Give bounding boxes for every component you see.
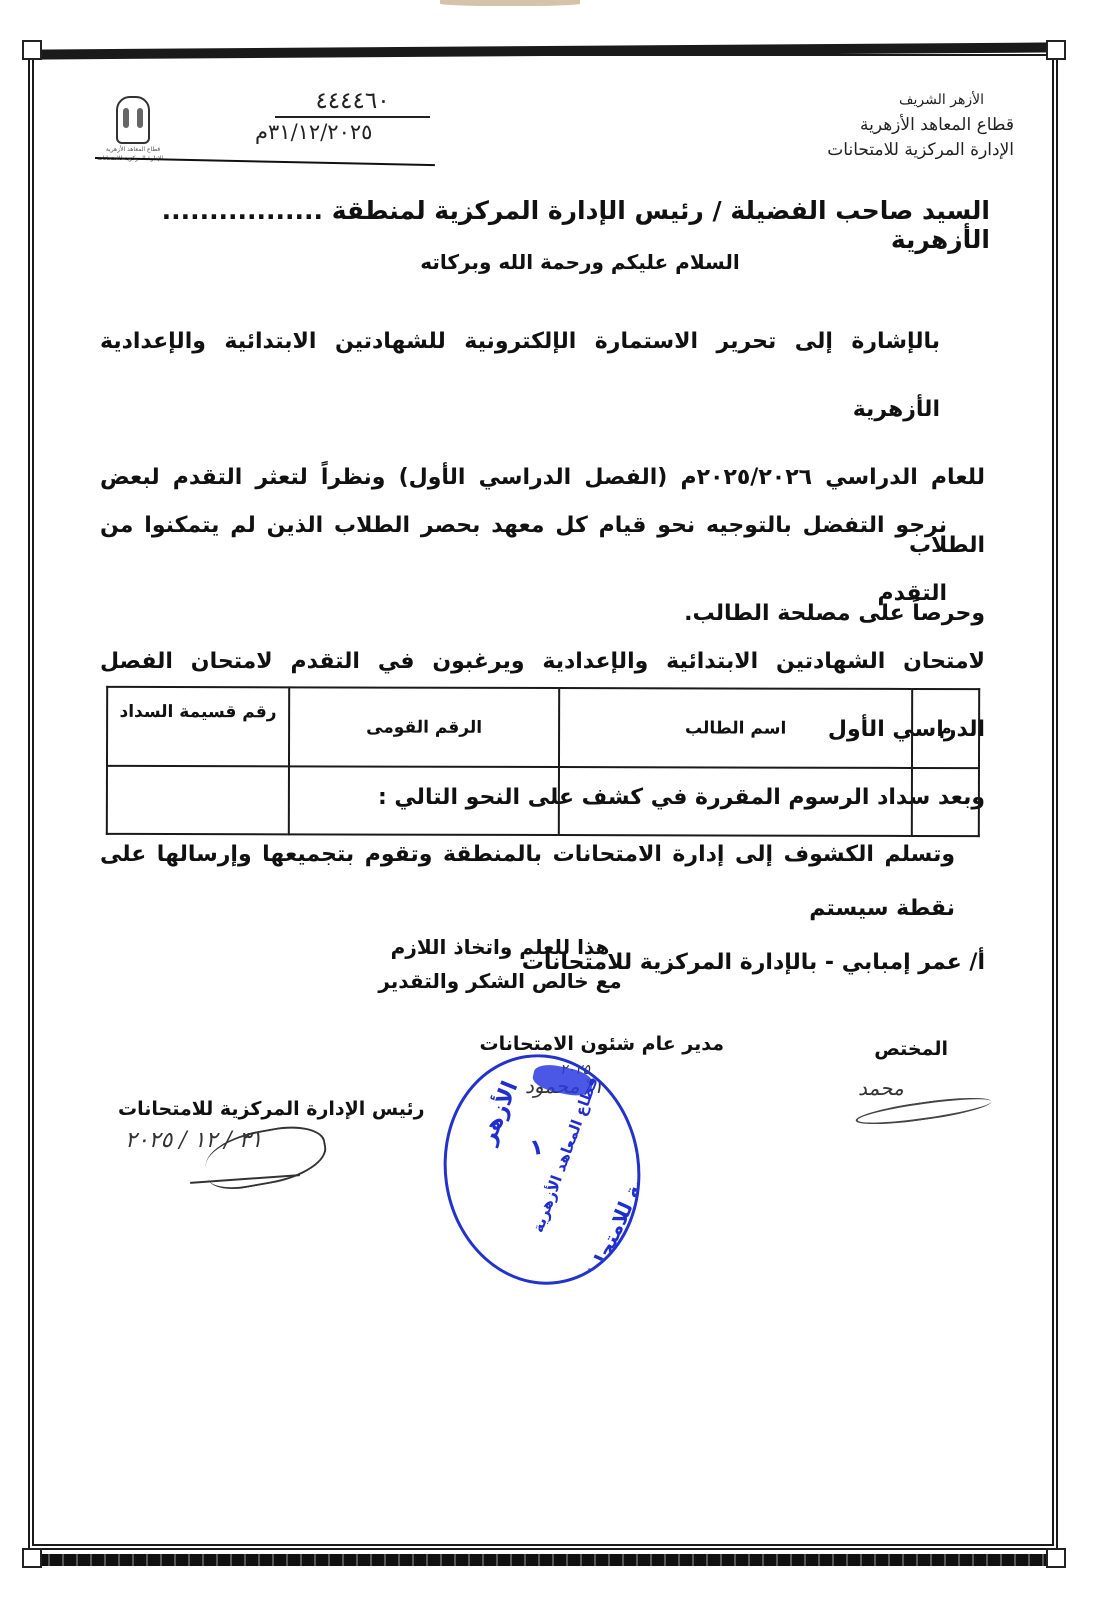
scan-artifact xyxy=(440,0,580,6)
column-header-student-name: اسم الطالب xyxy=(559,688,912,768)
paragraph-line: وتسلم الكشوف إلى إدارة الامتحانات بالمنط… xyxy=(100,828,985,936)
signature-title-director: مدير عام شئون الامتحانات xyxy=(479,1033,724,1055)
organization-header: الأزهر الشريف قطاع المعاهد الأزهرية الإد… xyxy=(827,88,1014,163)
signature-title-central-head: رئيس الإدارة المركزية للامتحانات xyxy=(118,1098,425,1120)
logo-caption-line: قطاع المعاهد الأزهرية xyxy=(103,146,163,153)
reference-number: ٤٤٤٤٦٠ xyxy=(275,88,430,118)
column-header-serial: م xyxy=(912,689,979,768)
frame-bottom-band xyxy=(28,1554,1058,1566)
azhar-emblem-icon xyxy=(116,96,150,144)
org-line-sector: قطاع المعاهد الأزهرية xyxy=(827,113,1014,138)
greeting-line: السلام عليكم ورحمة الله وبركاته xyxy=(100,250,990,274)
signature-title-specialist: المختص xyxy=(874,1038,948,1060)
reference-date: ٣١/١٢/٢٠٢٥م xyxy=(255,120,430,144)
table-row xyxy=(107,766,979,836)
table-cell-serial xyxy=(912,768,979,836)
seal-text: الأزهر xyxy=(476,1078,524,1148)
org-line-department: الإدارة المركزية للامتحانات xyxy=(827,138,1014,163)
org-line-azhar: الأزهر الشريف xyxy=(827,88,984,113)
closing-block: هذا للعلم واتخاذ اللازم مع خالص الشكر وا… xyxy=(330,930,670,998)
frame-corner-ornament xyxy=(1046,1548,1066,1568)
frame-corner-ornament xyxy=(22,40,42,60)
frame-corner-ornament xyxy=(1046,40,1066,60)
column-header-payment-receipt: رقم قسيمة السداد xyxy=(107,687,289,766)
reference-block: ٤٤٤٤٦٠ ٣١/١٢/٢٠٢٥م xyxy=(255,88,430,144)
column-header-national-id: الرقم القومى xyxy=(289,687,560,767)
frame-corner-ornament xyxy=(22,1548,42,1568)
students-fees-table: م اسم الطالب الرقم القومى رقم قسيمة السد… xyxy=(106,686,980,837)
table-cell-student-name xyxy=(559,767,912,836)
paragraph-line: بالإشارة إلى تحرير الاستمارة الإلكترونية… xyxy=(100,308,985,444)
table-header-row: م اسم الطالب الرقم القومى رقم قسيمة السد… xyxy=(107,687,979,768)
handwritten-signature-specialist: محمد xyxy=(858,1076,904,1100)
closing-line: هذا للعلم واتخاذ اللازم xyxy=(330,930,670,964)
azhar-logo: قطاع المعاهد الأزهرية الإدارة المركزية ل… xyxy=(103,96,163,154)
paragraph-line: نرجو التفضل بالتوجيه نحو قيام كل معهد بح… xyxy=(100,492,985,628)
closing-line: مع خالص الشكر والتقدير xyxy=(330,964,670,998)
table-cell-payment-receipt xyxy=(107,766,289,834)
table-cell-national-id xyxy=(289,766,559,835)
addressee-line: السيد صاحب الفضيلة / رئيس الإدارة المركز… xyxy=(100,196,990,254)
seal-number: ١ xyxy=(528,1135,545,1162)
